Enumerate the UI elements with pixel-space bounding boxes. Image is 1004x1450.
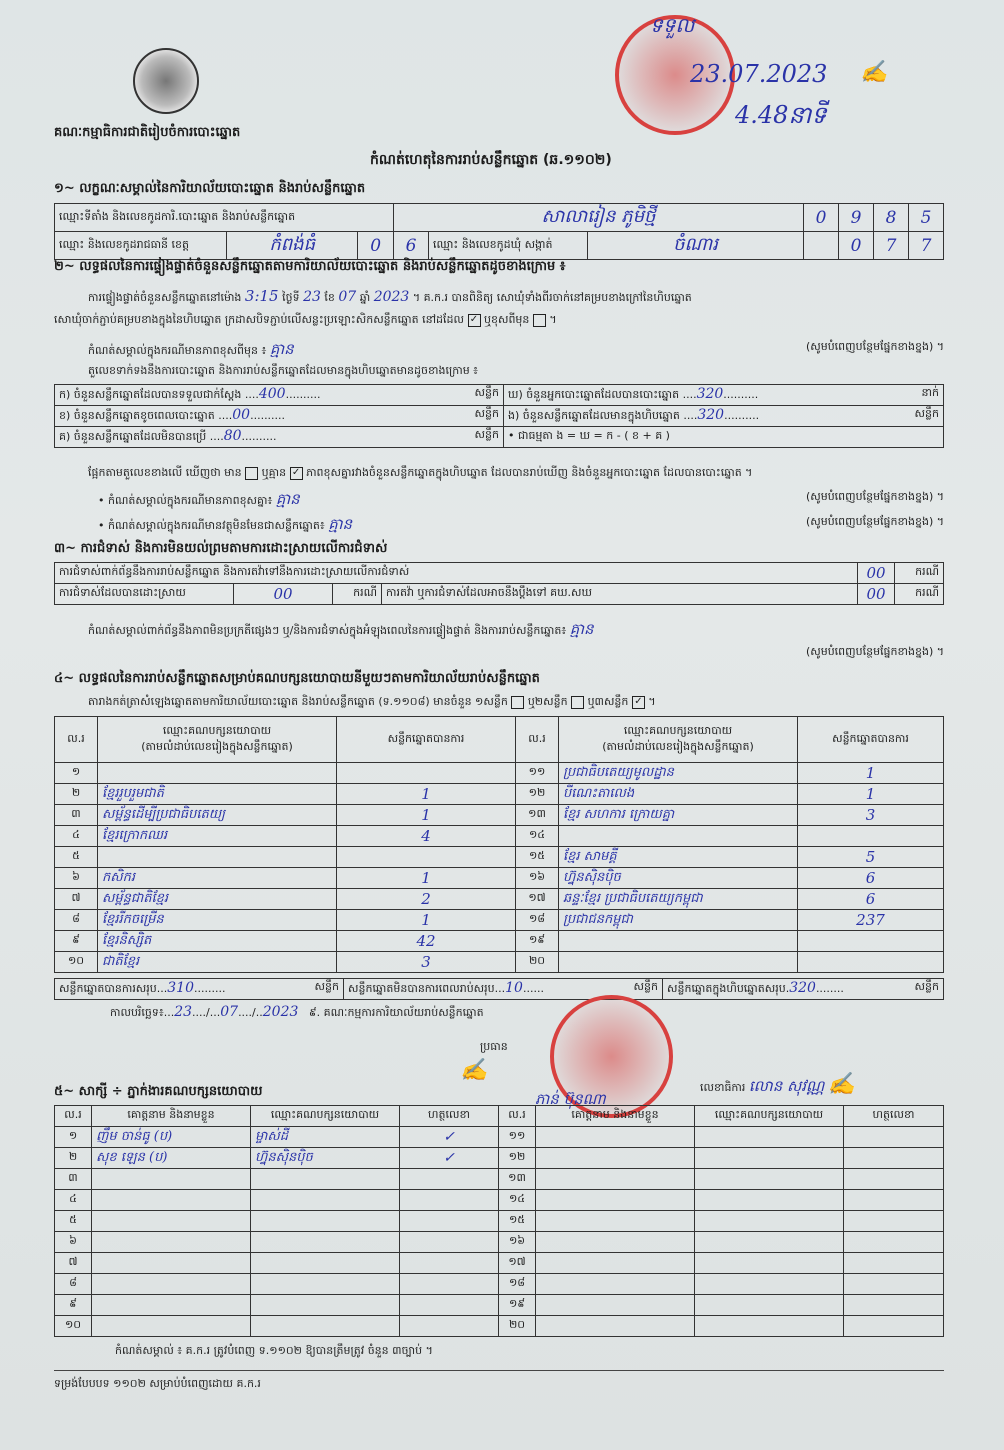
- witness-name: [92, 1190, 251, 1211]
- party-name: [559, 826, 798, 847]
- secretary-name: លោន សុវណ្ណ: [749, 1077, 824, 1095]
- stamp-signature: ✍: [860, 60, 887, 85]
- row-number: ៩: [55, 1295, 92, 1316]
- chair-label: ប្រធាន: [480, 1040, 508, 1056]
- bullet1-value: គ្មាន: [276, 490, 300, 508]
- witness-signature: [400, 1295, 499, 1316]
- section2-title: ២~ លទ្ធផលនៃការផ្ទៀងផ្ទាត់ចំនួនសន្លឹកឆ្នោ…: [54, 258, 565, 277]
- row-number: ១៧: [499, 1253, 536, 1274]
- row-number: ៣: [55, 1169, 92, 1190]
- party-votes: [337, 847, 516, 868]
- table-row: ៩១៩: [55, 1295, 944, 1316]
- party-votes: 1: [337, 910, 516, 931]
- section1-title: ១~ លក្ខណៈសម្គាល់នៃការិយាល័យបោះឆ្នោត និងរ…: [54, 180, 365, 199]
- row-number: ២: [55, 1148, 92, 1169]
- party-name: ខ្មែររួបរួមជាតិ: [98, 784, 337, 805]
- table-row: ៤ខ្មែរក្រោកឈរ4១៤: [55, 826, 944, 847]
- row-number: ១: [55, 763, 98, 784]
- witness-signature: [844, 1190, 944, 1211]
- witness-name: [536, 1274, 695, 1295]
- table-row: ៨១៨: [55, 1274, 944, 1295]
- commune-code-digit: 7: [909, 232, 944, 260]
- witness-name: [536, 1169, 695, 1190]
- witness-name: [536, 1232, 695, 1253]
- witness-party: [251, 1274, 400, 1295]
- chair-signature: ✍: [460, 1058, 487, 1083]
- party-name: ខ្មែរនិស្សិត: [98, 931, 337, 952]
- form-page: គណៈកម្មាធិការជាតិរៀបចំការបោះឆ្នោត កំណត់ហ…: [0, 0, 1004, 1450]
- row-number: ១១: [499, 1127, 536, 1148]
- witness-party: [695, 1253, 844, 1274]
- table-row: ៧សម្ព័ន្ធជាតិខ្មែរ2១៧ឆន្ទៈខ្មែរ ប្រជាធិប…: [55, 889, 944, 910]
- witness-name: [536, 1190, 695, 1211]
- form-reference: ទម្រង់បែបបទ ១១០២ សម្រាប់បំពេញដោយ គ.ក.រ: [54, 1377, 261, 1393]
- station-info-table: ឈ្មោះទីតាំង និងលេខកូដការិ.បោះឆ្នោត និងរា…: [54, 203, 944, 260]
- total-in-box: សន្លឹកឆ្នោតក្នុងហិបឆ្នោតសរុប.320........…: [663, 979, 944, 1000]
- bullet1-row: • កំណត់សម្គាល់ក្នុងករណីមានភាពខុសគ្នា៖ គ្…: [98, 490, 944, 512]
- party-name: ជាតិខ្មែរ: [98, 952, 337, 973]
- witness-signature: ✓: [400, 1148, 499, 1169]
- row-number: ១៤: [499, 1190, 536, 1211]
- commune-label: ឈ្មោះ និងលេខកូដឃុំ សង្កាត់: [429, 232, 588, 260]
- secretary-signature: ✍: [828, 1072, 855, 1097]
- witness-signature: [400, 1169, 499, 1190]
- station-label: ឈ្មោះទីតាំង និងលេខកូដការិ.បោះឆ្នោត និងរា…: [55, 204, 394, 232]
- witness-party: [695, 1274, 844, 1295]
- witness-signature: [844, 1253, 944, 1274]
- witness-signature: [400, 1190, 499, 1211]
- witness-party: [695, 1169, 844, 1190]
- witness-signature: [844, 1127, 944, 1148]
- witness-name: [536, 1211, 695, 1232]
- sheet-count-row: តារាងកត់ត្រាសំឡេងឆ្នោតតាមការិយាល័យបោះឆ្ន…: [88, 695, 656, 711]
- stamp-received-note: ទទួល: [650, 12, 694, 42]
- table-row: ១១១ប្រជាធិបតេយ្យមូលដ្ឋាន1: [55, 763, 944, 784]
- province-name: កំពង់ធំ: [227, 232, 358, 260]
- diff-check-sentence: ផ្អែកតាមតួលេខខាងលើ ឃើញថា មាន ឬគ្មាន ✓ ភា…: [88, 466, 752, 482]
- table-row: ៦១៦: [55, 1232, 944, 1253]
- bullet2-value: គ្មាន: [328, 515, 352, 533]
- witness-name: [536, 1316, 695, 1337]
- witness-party: [251, 1295, 400, 1316]
- row-number: ៨: [55, 1274, 92, 1295]
- witness-party: [251, 1211, 400, 1232]
- nec-logo-icon: [133, 48, 199, 114]
- stamp-time: 4.48នាទី: [735, 100, 827, 135]
- row-number: ៦: [55, 1232, 92, 1253]
- row-number: ២: [55, 784, 98, 805]
- party-name: [559, 952, 798, 973]
- row-number: ៨: [55, 910, 98, 931]
- party-votes: [798, 931, 944, 952]
- party-votes: 3: [798, 805, 944, 826]
- verify-sentence: ការផ្ទៀងផ្ទាត់ចំនួនសន្លឹកឆ្នោតនៅម៉ោង 3:1…: [88, 287, 692, 307]
- witness-party: [695, 1127, 844, 1148]
- witness-signature: [844, 1211, 944, 1232]
- objection-row2-label: ការជំទាស់ដែលបានដោះស្រាយ: [55, 584, 234, 605]
- party-name: ប្រជាជនកម្ពុជា: [559, 910, 798, 931]
- table-row: ៨ខ្មែររីកចម្រើន1១៨ប្រជាជនកម្ពុជា237: [55, 910, 944, 931]
- table-row: ១ញឹម ចាន់ធូ (ប)ម្ចាស់ដី✓១១: [55, 1127, 944, 1148]
- objection-note-row: កំណត់សម្គាល់ពាក់ព័ន្ធនឹងភាពមិនប្រក្រតីផ្…: [88, 620, 594, 642]
- witness-name: [536, 1253, 695, 1274]
- seal-sentence: សោឃុំចាក់ភ្ជាប់គម្របខាងក្នុងនៃហិបឆ្នោត ក…: [54, 313, 557, 329]
- party-votes: 1: [337, 784, 516, 805]
- table-row: ៥១៥ខ្មែរ សាមគ្គី5: [55, 847, 944, 868]
- figure-formula: • ជាធម្មតា ង = ឃ = ក - ( ខ + គ ): [504, 427, 944, 448]
- witness-signature: [844, 1148, 944, 1169]
- witness-party: [251, 1190, 400, 1211]
- station-code-digit: 0: [804, 204, 839, 232]
- row-number: ១១: [516, 763, 559, 784]
- date-row: កាលបរិច្ឆេទ៖...23..../...07..../..2023 ៩…: [110, 1004, 484, 1022]
- witness-signature: [400, 1232, 499, 1253]
- party-votes: 1: [337, 805, 516, 826]
- row-number: ៦: [55, 868, 98, 889]
- party-votes: 1: [798, 763, 944, 784]
- station-code-digit: 9: [839, 204, 874, 232]
- witness-table: ល.រ គោត្តនាម និងនាមខ្លួន ឈ្មោះគណបក្សនយោប…: [54, 1105, 944, 1337]
- row-number: ១២: [499, 1148, 536, 1169]
- figure-e: ង) ចំនួនសន្លឹកឆ្នោតដែលមានក្នុងហិបឆ្នោត .…: [504, 406, 944, 427]
- table-row: ២សុខ ឡេន (ប)ហ្វ៊ុនស៊ិនប៉ិច✓១២: [55, 1148, 944, 1169]
- party-votes: 6: [798, 889, 944, 910]
- objection-row1-value: 00: [858, 563, 895, 584]
- witness-name: [92, 1316, 251, 1337]
- witness-signature: [400, 1274, 499, 1295]
- station-code-digit: 5: [909, 204, 944, 232]
- row-number: ៧: [55, 889, 98, 910]
- table-row: ៣សម្ព័ន្ធដើម្បីប្រជាធិបតេយ្យ1១៣ខ្មែរ សហក…: [55, 805, 944, 826]
- party-votes: [798, 952, 944, 973]
- row-number: ១៨: [516, 910, 559, 931]
- witness-signature: [844, 1232, 944, 1253]
- figure-c: គ) ចំនួនសន្លឹកឆ្នោតដែលមិនបានប្រើ ....80.…: [55, 427, 504, 448]
- witness-signature: [844, 1295, 944, 1316]
- verify-month: 07: [338, 289, 356, 305]
- row-number: ១៤: [516, 826, 559, 847]
- row-number: ៧: [55, 1253, 92, 1274]
- party-name: ខ្មែរ សាមគ្គី: [559, 847, 798, 868]
- party-name: ខ្មែរ សហការ ក្រោយគ្នា: [559, 805, 798, 826]
- party-votes: 3: [337, 952, 516, 973]
- commune-name: ចំណារ: [588, 232, 804, 260]
- footer-divider: [54, 1370, 944, 1371]
- witness-signature: [844, 1169, 944, 1190]
- party-votes: 42: [337, 931, 516, 952]
- witness-party: [695, 1148, 844, 1169]
- row-number: ១: [55, 1127, 92, 1148]
- verify-time: 3:15: [245, 287, 279, 305]
- note-diff-value: គ្មាន: [270, 340, 294, 358]
- section3-title: ៣~ ការជំទាស់ និងការមិនយល់ព្រមតាមការដោះស្…: [54, 540, 387, 559]
- commune-code-digit: 0: [839, 232, 874, 260]
- party-name: ហ្វ៊ុនស៊ិនប៉ិច: [559, 868, 798, 889]
- note-diff-row: កំណត់សម្គាល់ក្នុងករណីមានភាពខុសពីមុន ៖ គ្…: [88, 340, 944, 362]
- province-code-digit: 0: [358, 232, 394, 260]
- total-valid: សន្លឹកឆ្នោតបានការសរុប...310......... សន្…: [55, 979, 344, 1000]
- row-number: ៩: [55, 931, 98, 952]
- row-number: ៤: [55, 826, 98, 847]
- row-number: ១៥: [499, 1211, 536, 1232]
- figure-d: ឃ) ចំនួនអ្នកបោះឆ្នោតដែលបានបោះឆ្នោត ....3…: [504, 385, 944, 406]
- row-number: ១៧: [516, 889, 559, 910]
- party-votes: [337, 763, 516, 784]
- witness-party: ហ្វ៊ុនស៊ិនប៉ិច: [251, 1148, 400, 1169]
- diff-no-checkbox[interactable]: ✓: [290, 467, 303, 480]
- party-name: ខ្មែរក្រោកឈរ: [98, 826, 337, 847]
- witness-signature: [400, 1253, 499, 1274]
- table-row: ២ខ្មែររួបរួមជាតិ1១២បីណេះតាលេង1: [55, 784, 944, 805]
- witness-party: [695, 1295, 844, 1316]
- party-name: បីណេះតាលេង: [559, 784, 798, 805]
- table-row: ៦កសិករ1១៦ហ្វ៊ុនស៊ិនប៉ិច6: [55, 868, 944, 889]
- table-row: ៩ខ្មែរនិស្សិត42១៩: [55, 931, 944, 952]
- party-name: [98, 763, 337, 784]
- party-name: ប្រជាធិបតេយ្យមូលដ្ឋាន: [559, 763, 798, 784]
- row-number: ២០: [516, 952, 559, 973]
- witness-party: ម្ចាស់ដី: [251, 1127, 400, 1148]
- row-number: ១៣: [499, 1169, 536, 1190]
- row-number: ១៣: [516, 805, 559, 826]
- objection-row3-value: 00: [858, 584, 895, 605]
- stamp-date: 23.07.2023: [690, 60, 827, 88]
- figures-intro: តួលេខទាក់ទងនឹងការបោះឆ្នោត និងការរាប់សន្ល…: [88, 364, 478, 380]
- table-row: ១០ជាតិខ្មែរ3២០: [55, 952, 944, 973]
- witness-party: [251, 1316, 400, 1337]
- verify-year: 2023: [374, 289, 410, 305]
- seal-intact-checkbox[interactable]: ✓: [468, 314, 481, 327]
- form-title: កំណត់ហេតុនៃការរាប់សន្លឹកឆ្នោត (ឆ.១១០២): [370, 150, 612, 171]
- table-row: ៥១៥: [55, 1211, 944, 1232]
- party-name: សម្ព័ន្ធជាតិខ្មែរ: [98, 889, 337, 910]
- witness-signature: [400, 1316, 499, 1337]
- party-votes: 1: [337, 868, 516, 889]
- party-name: ឆន្ទៈខ្មែរ ប្រជាធិបតេយ្យកម្ពុជា: [559, 889, 798, 910]
- verify-day: 23: [303, 289, 321, 305]
- party-name: សម្ព័ន្ធដើម្បីប្រជាធិបតេយ្យ: [98, 805, 337, 826]
- table-row: ១០២០: [55, 1316, 944, 1337]
- row-number: ៤: [55, 1190, 92, 1211]
- row-number: ១៥: [516, 847, 559, 868]
- province-code-digit: 6: [394, 232, 429, 260]
- witness-signature: [844, 1316, 944, 1337]
- witness-name: [536, 1148, 695, 1169]
- witness-signature: [844, 1274, 944, 1295]
- witness-party: [251, 1232, 400, 1253]
- witness-party: [251, 1169, 400, 1190]
- organization-name: គណៈកម្មាធិការជាតិរៀបចំការបោះឆ្នោត: [54, 124, 240, 143]
- row-number: ១៩: [516, 931, 559, 952]
- party-name: [98, 847, 337, 868]
- objection-row1-label: ការជំទាស់ពាក់ព័ន្ធនឹងការរាប់សន្លឹកឆ្នោត …: [55, 563, 858, 584]
- witness-name: [92, 1295, 251, 1316]
- row-number: ៥: [55, 847, 98, 868]
- party-name: ខ្មែររីកចម្រើន: [98, 910, 337, 931]
- sheet-one-checkbox[interactable]: [511, 696, 524, 709]
- witness-party: [695, 1190, 844, 1211]
- witness-party: [695, 1211, 844, 1232]
- commune-code-digit: 7: [874, 232, 909, 260]
- row-number: ១០: [55, 952, 98, 973]
- row-number: ១៨: [499, 1274, 536, 1295]
- party-votes: 6: [798, 868, 944, 889]
- party-votes: 2: [337, 889, 516, 910]
- witness-name: ញឹម ចាន់ធូ (ប): [92, 1127, 251, 1148]
- totals-table: សន្លឹកឆ្នោតបានការសរុប...310......... សន្…: [54, 978, 944, 1000]
- party-votes: 4: [337, 826, 516, 847]
- row-number: ៥: [55, 1211, 92, 1232]
- witness-signature: [400, 1211, 499, 1232]
- witness-name: [92, 1169, 251, 1190]
- table-row: ៣១៣: [55, 1169, 944, 1190]
- party-votes-table: ល.រ ឈ្មោះគណបក្សនយោបាយ(តាមលំដាប់លេខរៀងក្ន…: [54, 716, 944, 973]
- bullet2-row: • កំណត់សម្គាល់ក្នុងករណីមានវត្ថុមិនមែនជាស…: [98, 515, 944, 537]
- objection-note-value: គ្មាន: [570, 620, 594, 638]
- table-row: ៧១៧: [55, 1253, 944, 1274]
- witness-party: [695, 1232, 844, 1253]
- table-row: ៤១៤: [55, 1190, 944, 1211]
- ballot-figures-table: ក) ចំនួនសន្លឹកឆ្នោតដែលបានទទួលជាក់ស្តែង .…: [54, 384, 944, 448]
- row-number: ៣: [55, 805, 98, 826]
- figure-a: ក) ចំនួនសន្លឹកឆ្នោតដែលបានទទួលជាក់ស្តែង .…: [55, 385, 504, 406]
- objection-row3-label: ការតវ៉ា ឬការជំទាស់ដែលអាចនឹងប្ដឹងទៅ គឃ.សឃ: [382, 584, 858, 605]
- witness-name: [536, 1295, 695, 1316]
- witness-name: [92, 1211, 251, 1232]
- row-number: ១២: [516, 784, 559, 805]
- diff-yes-checkbox[interactable]: [245, 467, 258, 480]
- party-votes: 5: [798, 847, 944, 868]
- row-number: ១៦: [499, 1232, 536, 1253]
- secretary-row: លេខាធិការ លោន សុវណ្ណ ✍: [700, 1072, 855, 1099]
- witness-name: [92, 1232, 251, 1253]
- witness-name: [92, 1274, 251, 1295]
- party-votes: [798, 826, 944, 847]
- party-votes: 1: [798, 784, 944, 805]
- seal-changed-checkbox[interactable]: [533, 314, 546, 327]
- witness-name: [92, 1253, 251, 1274]
- witness-name: [536, 1127, 695, 1148]
- section5-title: ៥~ សាក្សី ÷ ភ្នាក់ងារគណបក្សនយោបាយ: [54, 1083, 262, 1102]
- figure-b: ខ) ចំនួនសន្លឹកឆ្នោតខូចពេលបោះឆ្នោត ....00…: [55, 406, 504, 427]
- objections-table: ការជំទាស់ពាក់ព័ន្ធនឹងការរាប់សន្លឹកឆ្នោត …: [54, 562, 944, 605]
- party-votes: 237: [798, 910, 944, 931]
- witness-party: [251, 1253, 400, 1274]
- footer-note: កំណត់សម្គាល់ ៖ គ.ក.រ ត្រូវបំពេញ ទ.១១០២ ឱ…: [115, 1344, 433, 1360]
- row-number: ១០: [55, 1316, 92, 1337]
- station-name: សាលារៀន ភូមិថ្មី: [394, 204, 804, 232]
- sheet-two-checkbox[interactable]: [571, 696, 584, 709]
- sheet-three-checkbox[interactable]: ✓: [632, 696, 645, 709]
- province-label: ឈ្មោះ និងលេខកូដរាជធានី ខេត្ត: [55, 232, 227, 260]
- witness-signature: ✓: [400, 1127, 499, 1148]
- witness-party: [695, 1316, 844, 1337]
- witness-name: សុខ ឡេន (ប): [92, 1148, 251, 1169]
- row-number: ២០: [499, 1316, 536, 1337]
- row-number: ១៩: [499, 1295, 536, 1316]
- row-number: ១៦: [516, 868, 559, 889]
- section4-title: ៤~ លទ្ធផលនៃការរាប់សន្លឹកឆ្នោតសម្រាប់គណបក…: [54, 670, 540, 689]
- station-code-digit: 8: [874, 204, 909, 232]
- objection-row2-value: 00: [234, 584, 333, 605]
- party-name: [559, 931, 798, 952]
- party-name: កសិករ: [98, 868, 337, 889]
